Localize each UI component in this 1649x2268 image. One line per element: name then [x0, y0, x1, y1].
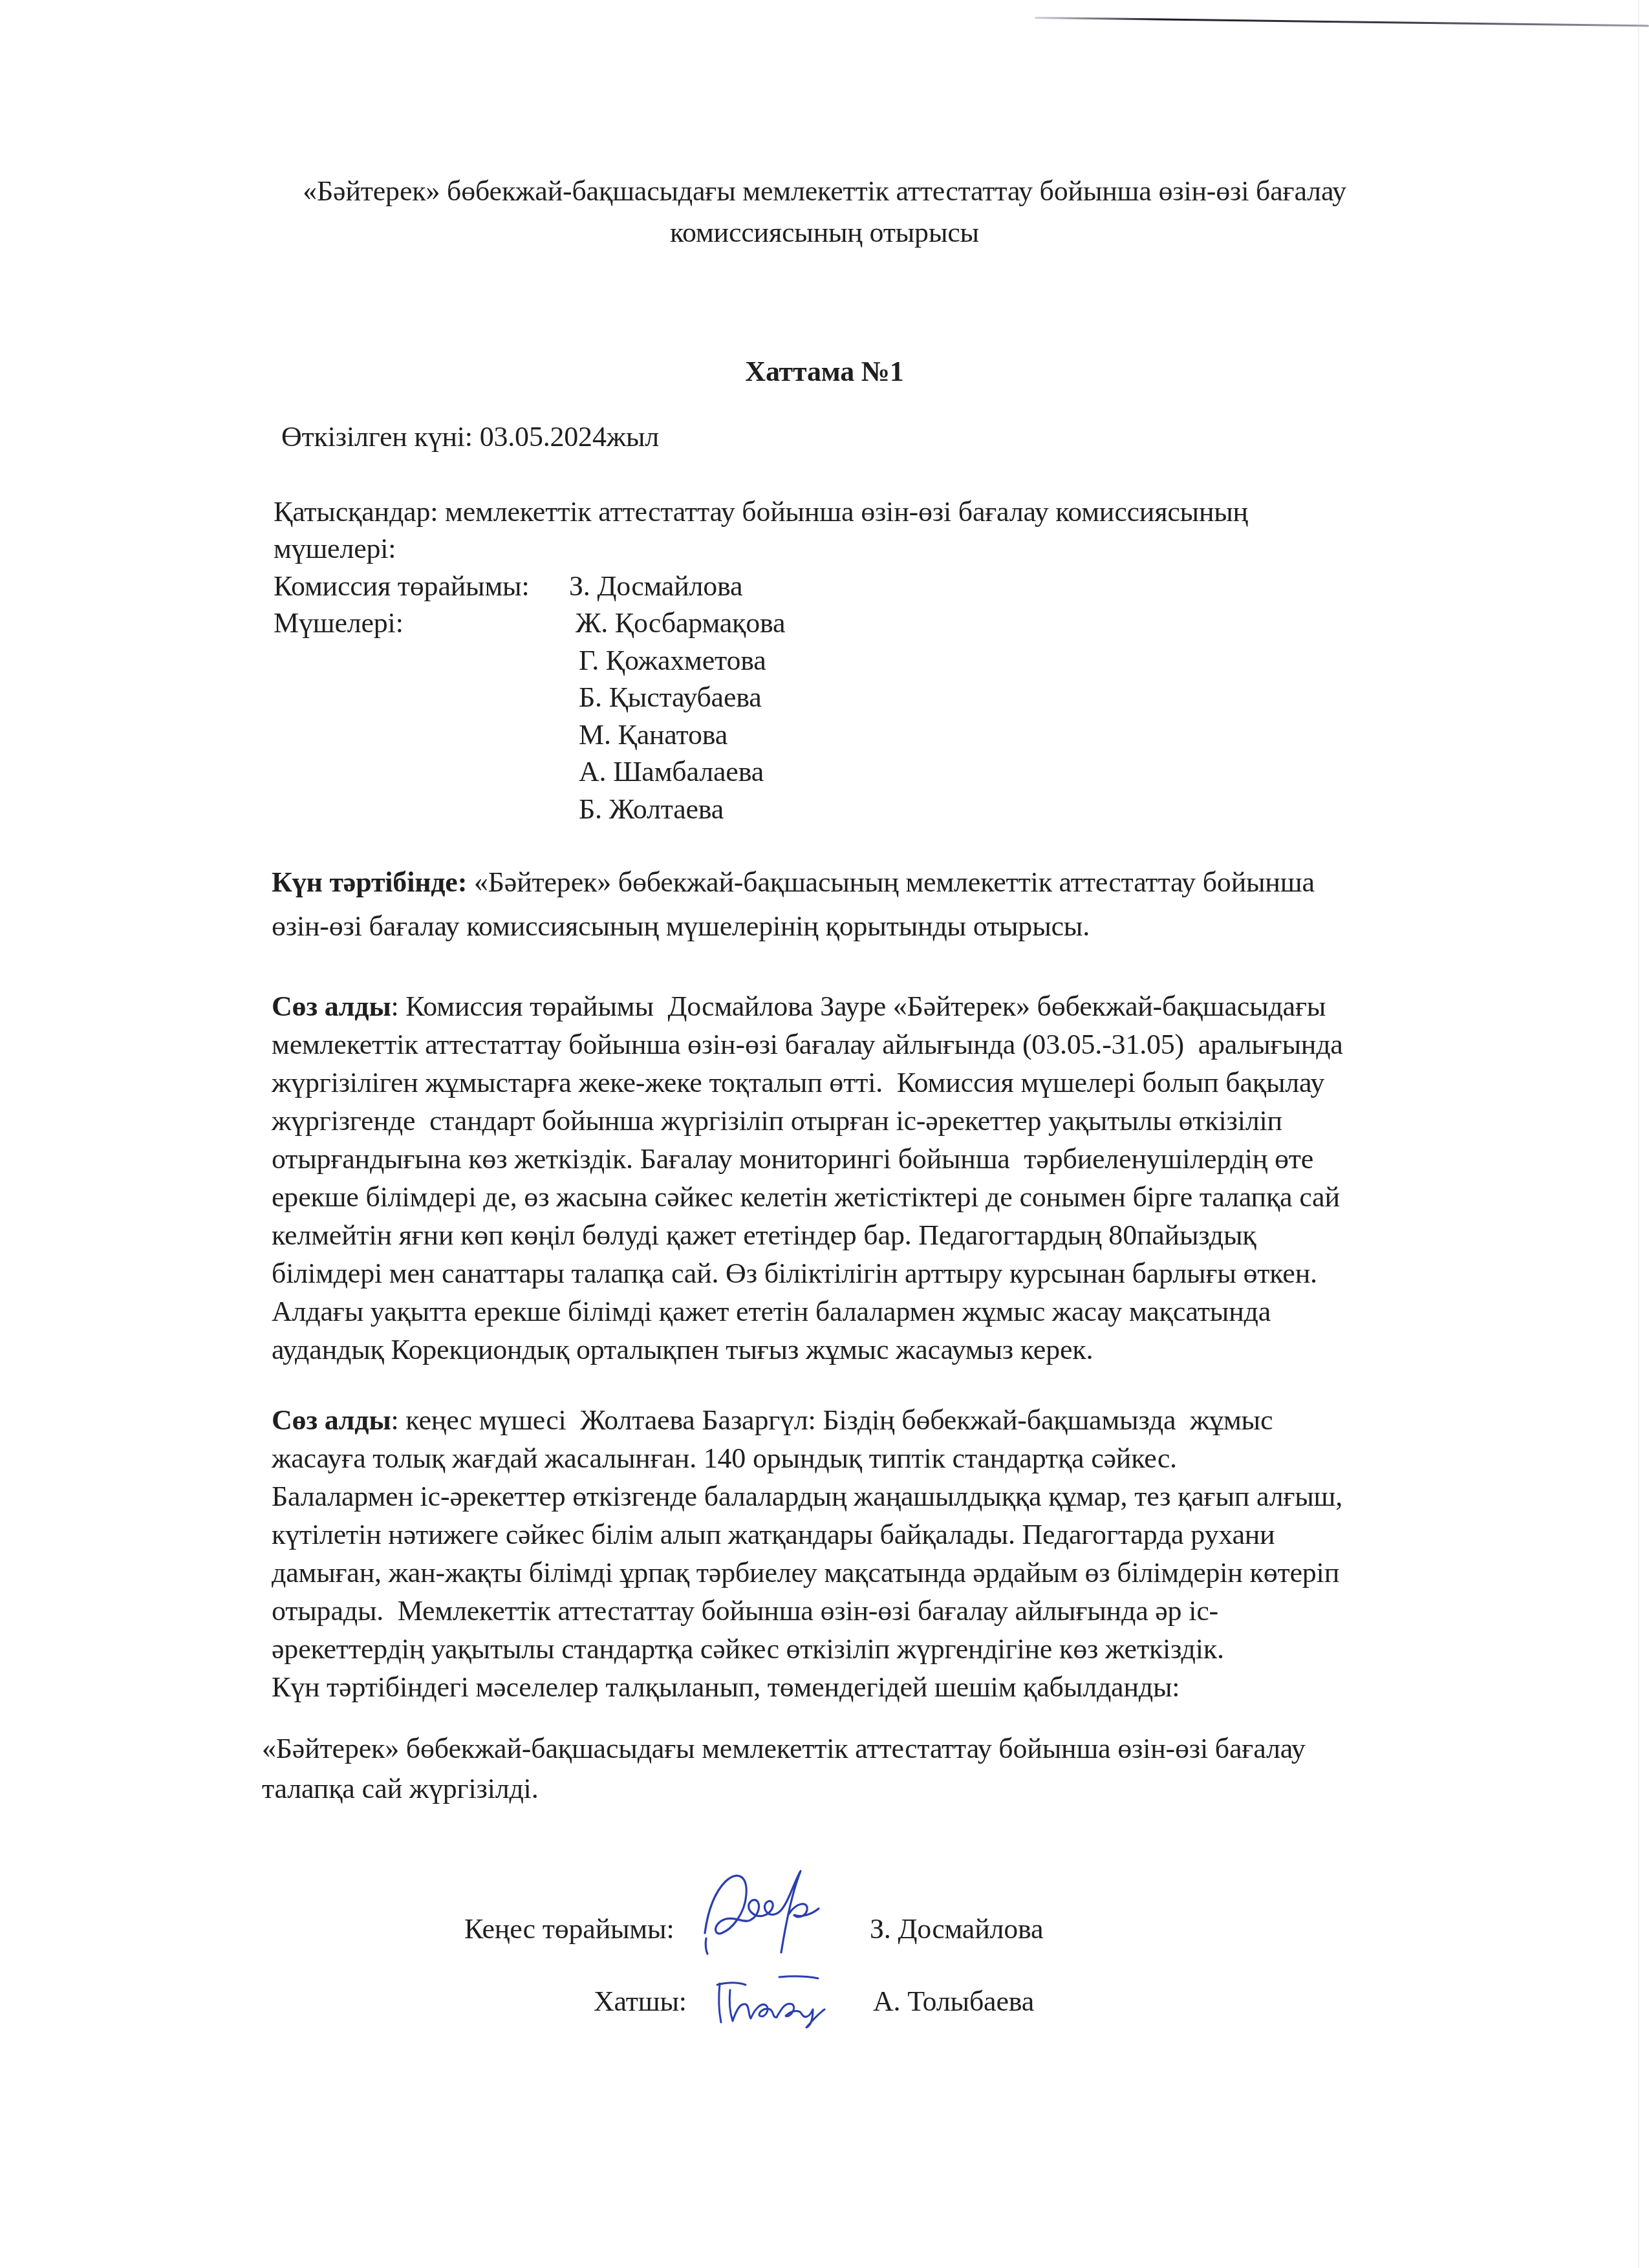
speech2-line: жасауға толық жағдай жасалынған. 140 оры…	[272, 1442, 1177, 1475]
chair-label: Комиссия төрайымы:	[274, 570, 529, 603]
speech1-line: келмейтін яғни көп көңіл бөлуді қажет ет…	[272, 1219, 1256, 1252]
decision-line: талапқа сай жүргізілді.	[262, 1772, 538, 1806]
member-name: Г. Қожахметова	[579, 644, 766, 678]
scan-edge	[1638, 0, 1639, 2268]
agenda-line2: өзін-өзі бағалау комиссиясының мүшелерін…	[272, 910, 1090, 943]
speech2-line: Күн тәртібіндегі мәселелер талқыланып, т…	[272, 1671, 1180, 1704]
speech1-line: ерекше білімдері де, өз жасына сәйкес ке…	[272, 1181, 1340, 1214]
agenda-label: Күн тәртібінде:	[272, 866, 467, 898]
speech2-line: әрекеттердің уақытылы стандартқа сәйкес …	[272, 1632, 1224, 1666]
participants-intro-line1: Қатысқандар: мемлекеттік аттестаттау бой…	[274, 495, 1248, 529]
speech2-line: Балалармен іс-әрекеттер өткізгенде балал…	[272, 1480, 1342, 1514]
member-name: М. Қанатова	[579, 718, 727, 752]
speech2-text: : кеңес мүшесі Жолтаева Базаргүл: Біздің…	[391, 1404, 1273, 1436]
protocol-title: Хаттама №1	[0, 355, 1649, 389]
members-label: Мүшелері:	[274, 606, 404, 640]
speech1-line: Сөз алды: Комиссия төрайымы Досмайлова З…	[272, 990, 1326, 1023]
participants-intro-line2: мүшелері:	[274, 532, 396, 566]
speech2-line: күтілетін нәтижеге сәйкес білім алып жат…	[272, 1518, 1275, 1552]
chair-signature-name: З. Досмайлова	[870, 1912, 1043, 1946]
chair-signature-icon	[698, 1862, 854, 1959]
chair-signature-label: Кеңес төрайымы:	[464, 1912, 674, 1946]
secretary-signature-icon	[715, 1971, 844, 2029]
document-title-line2: комиссиясының отырысы	[0, 216, 1649, 250]
decision-line: «Бәйтерек» бөбекжай-бақшасыдағы мемлекет…	[262, 1732, 1306, 1766]
agenda-text: «Бәйтерек» бөбекжай-бақшасының мемлекетт…	[467, 866, 1315, 898]
speech2-line: дамыған, жан-жақты білімді ұрпақ тәрбиел…	[272, 1556, 1339, 1590]
speech1-text: : Комиссия төрайымы Досмайлова Зауре «Бә…	[391, 990, 1326, 1022]
secretary-signature-name: А. Толыбаева	[873, 1985, 1034, 2018]
meeting-date: Өткізілген күні: 03.05.2024жыл	[281, 420, 659, 454]
member-name: Б. Жолтаева	[579, 793, 724, 826]
agenda-line1: Күн тәртібінде: «Бәйтерек» бөбекжай-бақш…	[272, 866, 1315, 899]
speech1-line: аудандық Корекциондық орталықпен тығыз ж…	[272, 1333, 1093, 1367]
speech1-line: жүргізгенде стандарт бойынша жүргізіліп …	[272, 1104, 1282, 1138]
member-name: А. Шамбалаева	[579, 755, 764, 789]
member-name: Ж. Қосбармақова	[576, 606, 785, 640]
speech1-line: білімдері мен санаттары талапқа сай. Өз …	[272, 1257, 1317, 1290]
secretary-signature-label: Хатшы:	[594, 1985, 687, 2018]
speech1-line: мемлекеттік аттестаттау бойынша өзін-өзі…	[272, 1028, 1343, 1062]
document-title-line1: «Бәйтерек» бөбекжай-бақшасыдағы мемлекет…	[0, 175, 1649, 208]
member-name: Б. Қыстаубаева	[579, 681, 762, 714]
speech1-line: жүргізіліген жұмыстарға жеке-жеке тоқтал…	[272, 1066, 1324, 1100]
speech2-line: Сөз алды: кеңес мүшесі Жолтаева Базаргүл…	[272, 1404, 1273, 1437]
speech2-label: Сөз алды	[272, 1404, 391, 1436]
speech2-line: отырады. Мемлекеттік аттестаттау бойынша…	[272, 1594, 1218, 1628]
speech1-line: отырғандығына көз жеткіздік. Бағалау мон…	[272, 1142, 1313, 1176]
scan-artifact-line	[1035, 17, 1649, 27]
speech1-label: Сөз алды	[272, 990, 391, 1022]
chair-name: З. Досмайлова	[569, 570, 742, 603]
speech1-line: Алдағы уақытта ерекше білімді қажет етет…	[272, 1295, 1271, 1329]
